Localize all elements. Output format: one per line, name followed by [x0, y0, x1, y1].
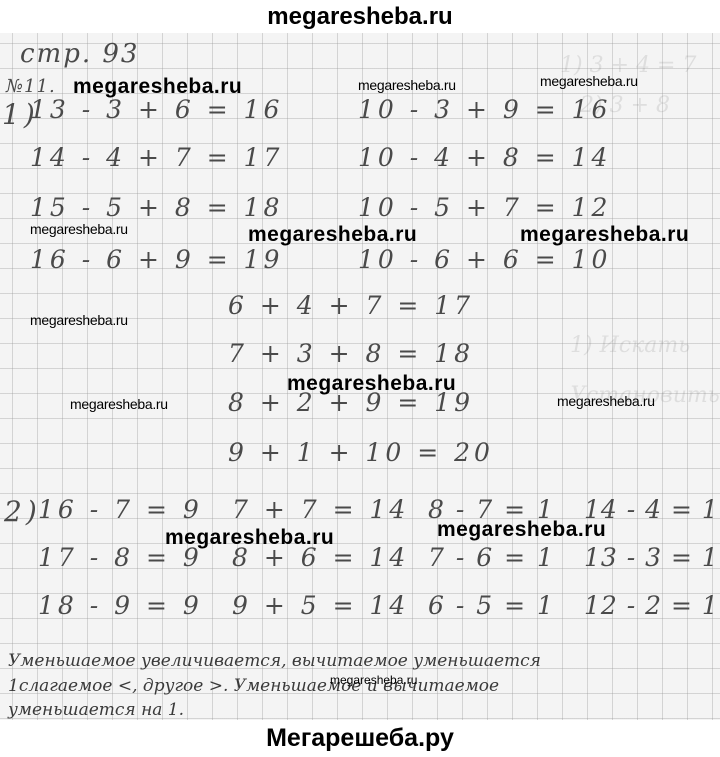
- site-header[interactable]: megaresheba.ru: [0, 0, 720, 33]
- equation: 18 - 9 = 9: [38, 591, 203, 620]
- watermark: megaresheba.ru: [437, 519, 606, 540]
- equation: 7 + 7 = 14: [232, 495, 409, 524]
- equation: 7 - 6 = 1: [428, 543, 555, 572]
- equation: 16 - 6 + 9 = 19: [30, 245, 283, 274]
- equation: 15 - 5 + 8 = 18: [30, 193, 283, 222]
- site-footer[interactable]: Мегарешеба.ру: [0, 720, 720, 757]
- watermark: megaresheba.ru: [520, 224, 689, 245]
- equation: 9 + 1 + 10 = 20: [228, 438, 494, 467]
- bleed-through-text: 1) Искать: [570, 333, 690, 358]
- notebook-page: 1) 3 + 4 = 7 2) 3 + 8 1) Искать Установи…: [0, 33, 720, 720]
- equation: 13 - 3 = 10: [584, 543, 720, 572]
- equation: 16 - 7 = 9: [38, 495, 203, 524]
- equation: 9 + 5 = 14: [232, 591, 409, 620]
- watermark: megaresheba.ru: [70, 397, 168, 411]
- watermark: megaresheba.ru: [73, 76, 242, 97]
- watermark: megaresheba.ru: [330, 674, 417, 686]
- equation: 10 - 3 + 9 = 16: [358, 95, 611, 124]
- watermark: megaresheba.ru: [248, 224, 417, 245]
- watermark: megaresheba.ru: [287, 373, 456, 394]
- equation: 10 - 4 + 8 = 14: [358, 143, 611, 172]
- equation: 10 - 5 + 7 = 12: [358, 193, 611, 222]
- equation: 12 - 2 = 10: [584, 591, 720, 620]
- equation: 6 + 4 + 7 = 17: [228, 291, 474, 320]
- equation: 7 + 3 + 8 = 18: [228, 339, 474, 368]
- equation: 14 - 4 + 7 = 17: [30, 143, 283, 172]
- conclusion-line: 1слагаемое <, другое >. Уменьшаемое и вы…: [8, 676, 499, 696]
- watermark: megaresheba.ru: [165, 527, 334, 548]
- watermark: megaresheba.ru: [557, 394, 655, 408]
- conclusion-line: Уменьшаемое увеличивается, вычитаемое ум…: [8, 651, 541, 671]
- task-number: №11.: [6, 76, 56, 97]
- equation: 6 - 5 = 1: [428, 591, 555, 620]
- watermark: megaresheba.ru: [30, 313, 128, 327]
- part2-label: 2): [4, 495, 41, 528]
- watermark: megaresheba.ru: [358, 78, 456, 92]
- page-reference: стр. 93: [20, 39, 139, 69]
- equation: 13 - 3 + 6 = 16: [30, 95, 283, 124]
- watermark: megaresheba.ru: [540, 74, 638, 88]
- conclusion-line: уменьшается на 1.: [8, 700, 184, 720]
- equation: 10 - 6 + 6 = 10: [358, 245, 611, 274]
- watermark: megaresheba.ru: [30, 222, 128, 236]
